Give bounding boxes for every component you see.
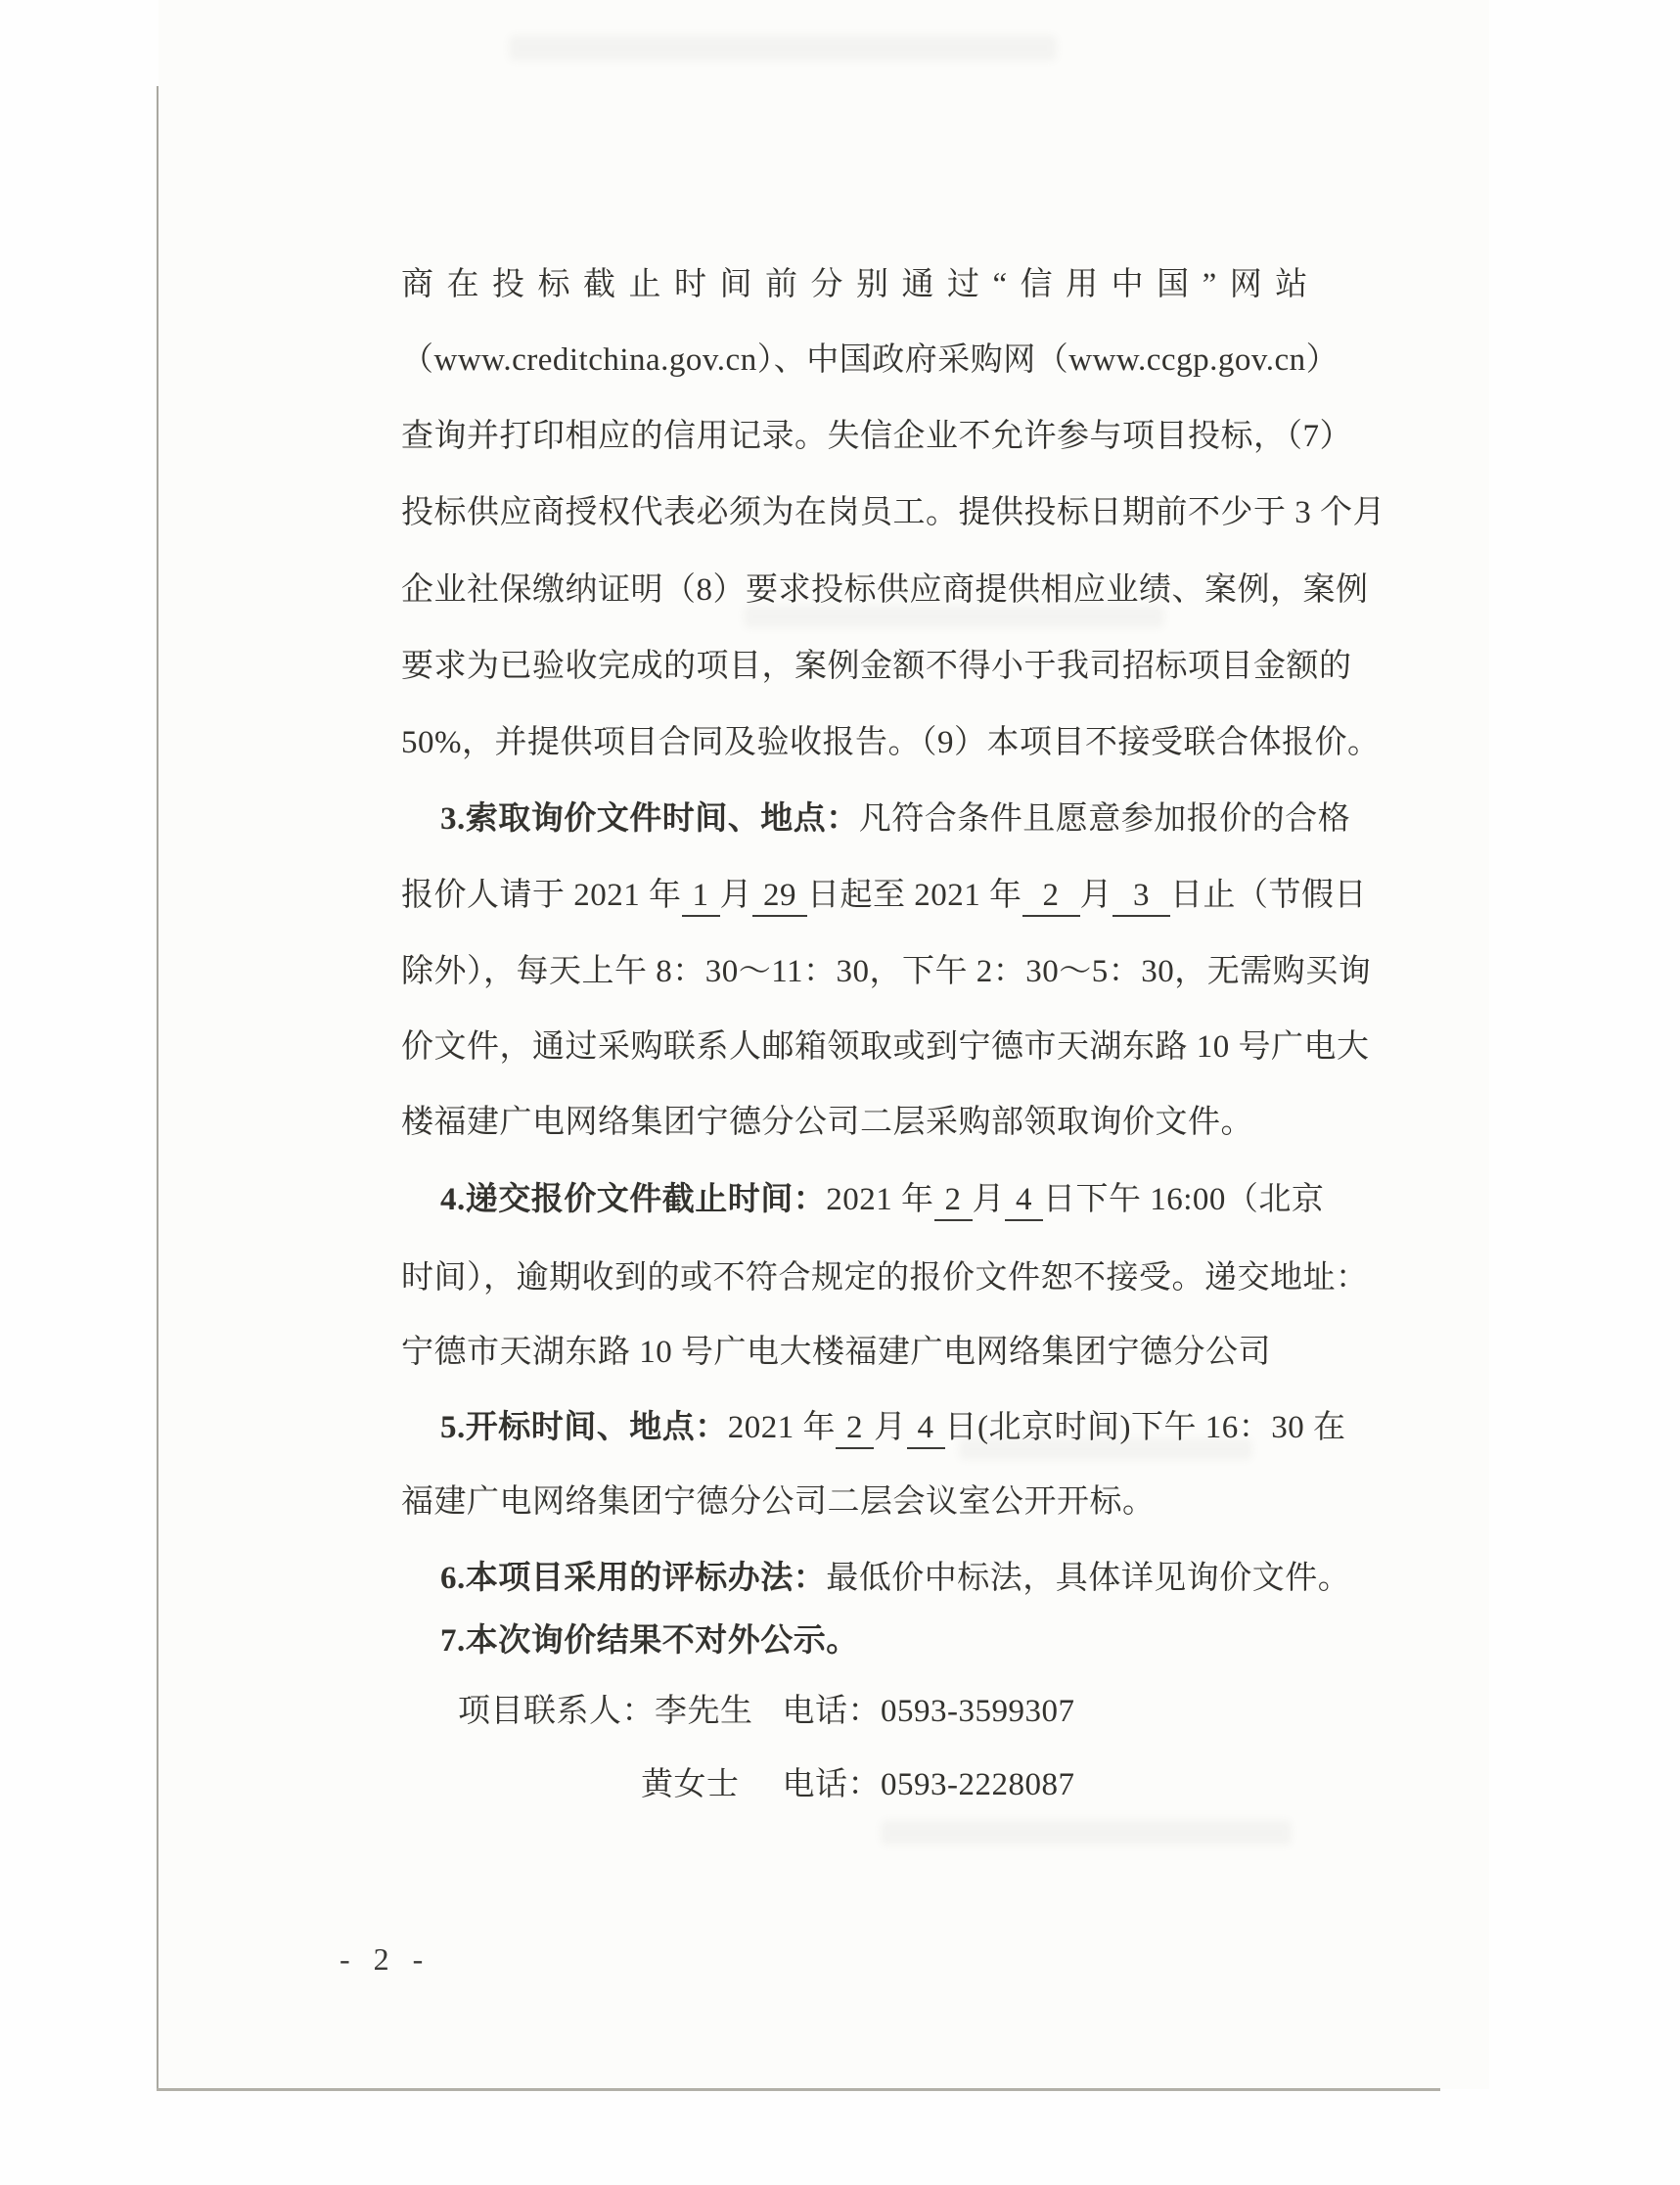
doc-line-5: 企业社保缴纳证明（8）要求投标供应商提供相应业绩、案例，案例 — [401, 568, 1369, 613]
doc-line-19-section-7-heading: 7.本次询价结果不对外公示。 — [440, 1618, 859, 1663]
doc-line-12: 楼福建广电网络集团宁德分公司二层采购部领取询价文件。 — [401, 1100, 1253, 1145]
section-6-title: 6.本项目采用的评标办法： — [440, 1561, 826, 1596]
doc-line-21-contact-2: 黄女士电话：0593-2228087 — [641, 1762, 1075, 1807]
doc-line-20-contact-1: 项目联系人：李先生电话：0593-3599307 — [458, 1689, 1075, 1734]
fill-in-opening-month: 2 — [836, 1408, 874, 1449]
scan-bleed-artifact — [509, 35, 1057, 61]
section-4-title: 4.递交报价文件截止时间： — [440, 1182, 826, 1217]
doc-line-1: 商在投标截止时间前分别通过“信用中国”网站 — [401, 262, 1321, 307]
fill-in-day-end: 3 — [1112, 876, 1170, 917]
contact-1-phone-label: 电话： — [783, 1694, 882, 1729]
scan-bleed-artifact — [881, 1820, 1292, 1845]
doc-line-2: （www.creditchina.gov.cn）、中国政府采购网（www.ccg… — [401, 338, 1339, 383]
fill-in-deadline-day: 4 — [1005, 1180, 1043, 1221]
doc-line-15: 宁德市天湖东路 10 号广电大楼福建广电网络集团宁德分公司 — [401, 1330, 1271, 1375]
doc-line-3: 查询并打印相应的信用记录。失信企业不允许参与项目投标，（7） — [401, 414, 1352, 459]
doc-line-18-section-6-heading: 6.本项目采用的评标办法：最低价中标法，具体详见询价文件。 — [440, 1556, 1350, 1601]
page-bottom-edge-line — [157, 2088, 1440, 2091]
page-left-edge-line — [157, 86, 159, 2089]
doc-line-10: 除外），每天上午 8：30～11：30，下午 2：30～5：30，无需购买询 — [401, 949, 1371, 994]
doc-line-11: 价文件，通过采购联系人邮箱领取或到宁德市天湖东路 10 号广电大 — [401, 1024, 1370, 1070]
doc-line-9-dates: 报价人请于 2021 年1月29日起至 2021 年2月3日止（节假日 — [401, 873, 1367, 918]
fill-in-deadline-month: 2 — [934, 1180, 973, 1221]
doc-line-7: 50%，并提供项目合同及验收报告。（9）本项目不接受联合体报价。 — [401, 720, 1381, 765]
fill-in-opening-day: 4 — [907, 1408, 945, 1449]
contact-2-phone-label: 电话： — [783, 1767, 882, 1802]
doc-line-14: 时间），逾期收到的或不符合规定的报价文件恕不接受。递交地址： — [401, 1255, 1369, 1300]
doc-line-6: 要求为已验收完成的项目，案例金额不得小于我司招标项目金额的 — [401, 644, 1352, 689]
contact-1-name: 李先生 — [655, 1694, 753, 1729]
doc-line-4: 投标供应商授权代表必须为在岗员工。提供投标日期前不少于 3 个月 — [401, 490, 1385, 535]
doc-line-17: 福建广电网络集团宁德分公司二层会议室公开开标。 — [401, 1479, 1156, 1525]
contact-1-phone: 0593-3599307 — [881, 1694, 1075, 1729]
fill-in-month-end: 2 — [1022, 876, 1080, 917]
doc-line-13-section-4-heading: 4.递交报价文件截止时间：2021 年2月4日下午 16:00（北京 — [440, 1177, 1324, 1222]
scanned-document-page: 商在投标截止时间前分别通过“信用中国”网站 （www.creditchina.g… — [0, 0, 1680, 2185]
doc-line-8-section-3-heading: 3.索取询价文件时间、地点：凡符合条件且愿意参加报价的合格 — [440, 797, 1350, 842]
contact-2-phone: 0593-2228087 — [881, 1767, 1075, 1802]
page-number: - 2 - — [340, 1941, 431, 1978]
doc-line-16-section-5-heading: 5.开标时间、地点：2021 年2月4日(北京时间)下午 16：30 在 — [440, 1405, 1345, 1450]
contact-2-name: 黄女士 — [641, 1767, 740, 1802]
fill-in-month-start: 1 — [682, 876, 720, 917]
fill-in-day-start: 29 — [752, 876, 807, 917]
section-3-text: 凡符合条件且愿意参加报价的合格 — [859, 801, 1351, 837]
contact-label: 项目联系人： — [458, 1694, 655, 1729]
section-5-title: 5.开标时间、地点： — [440, 1410, 728, 1445]
section-3-title: 3.索取询价文件时间、地点： — [440, 801, 859, 837]
